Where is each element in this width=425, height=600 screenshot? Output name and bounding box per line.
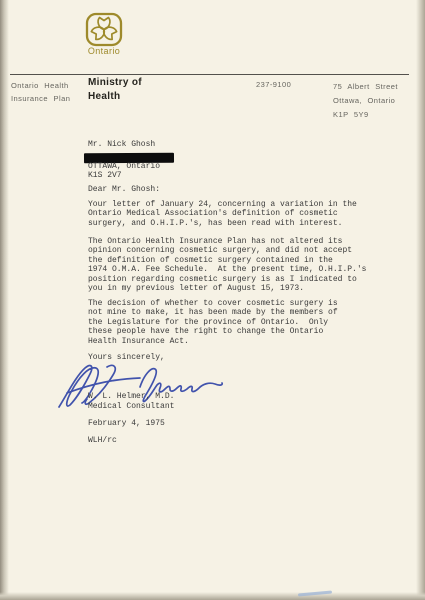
program-line2: Insurance Plan: [11, 93, 70, 106]
body-line: Ontario Medical Association's definition…: [88, 209, 357, 218]
body-paragraph-3: The decision of whether to cover cosmeti…: [88, 299, 338, 346]
salutation: Dear Mr. Ghosh:: [88, 185, 160, 194]
paper-edge-left: [0, 0, 9, 600]
paper-edge-bottom: [0, 592, 425, 600]
body-line: these people have the right to change th…: [88, 327, 338, 336]
letter-page: Ontario Ontario Health Insurance Plan Mi…: [0, 0, 425, 600]
body-line: 1974 O.M.A. Fee Schedule. At the present…: [88, 265, 366, 274]
redaction-bar: [84, 152, 174, 162]
typist-reference: WLH/rc: [88, 436, 117, 445]
recipient-name: Mr. Nick Ghosh: [88, 140, 155, 149]
address-line3: K1P 5Y9: [333, 108, 398, 122]
body-paragraph-1: Your letter of January 24, concerning a …: [88, 200, 357, 228]
signer-title: Medical Consultant: [88, 402, 174, 411]
letterhead-address: 75 Albert Street Ottawa, Ontario K1P 5Y9: [333, 80, 398, 122]
address-line1: 75 Albert Street: [333, 80, 398, 94]
body-line: the definition of cosmetic surgery conta…: [88, 256, 366, 265]
ontario-trillium-logo: [85, 12, 123, 48]
body-line: you in my previous letter of August 15, …: [88, 284, 366, 293]
paper-edge-right: [416, 0, 425, 600]
body-line: Your letter of January 24, concerning a …: [88, 200, 357, 209]
letter-date: February 4, 1975: [88, 419, 165, 428]
body-line: not mine to make, it has been made by th…: [88, 308, 338, 317]
trillium-flower: [91, 18, 118, 41]
recipient-postal-code: K1S 2V7: [88, 171, 122, 180]
program-line1: Ontario Health: [11, 80, 70, 93]
recipient-city: OTTAWA, Ontario: [88, 162, 160, 171]
program-name: Ontario Health Insurance Plan: [11, 80, 70, 105]
body-line: surgery, and O.H.I.P.'s, has been read w…: [88, 219, 357, 228]
body-paragraph-2: The Ontario Health Insurance Plan has no…: [88, 237, 366, 293]
ministry-line2: Health: [88, 90, 142, 104]
ministry-name: Ministry of Health: [88, 76, 142, 104]
body-line: opinion concerning cosmetic surgery, and…: [88, 246, 366, 255]
ministry-line1: Ministry of: [88, 76, 142, 90]
address-line2: Ottawa, Ontario: [333, 94, 398, 108]
letterhead-rule: [10, 74, 409, 75]
body-line: the Legislature for the province of Onta…: [88, 318, 338, 327]
signer-name: W. L. Helmer, M.D.: [88, 392, 174, 401]
letterhead-phone: 237-9100: [256, 80, 291, 89]
body-line: Health Insurance Act.: [88, 337, 338, 346]
logo-wordmark: Ontario: [79, 46, 129, 56]
body-line: The Ontario Health Insurance Plan has no…: [88, 237, 366, 246]
body-line: The decision of whether to cover cosmeti…: [88, 299, 338, 308]
body-line: position regarding cosmetic surgery is a…: [88, 275, 366, 284]
